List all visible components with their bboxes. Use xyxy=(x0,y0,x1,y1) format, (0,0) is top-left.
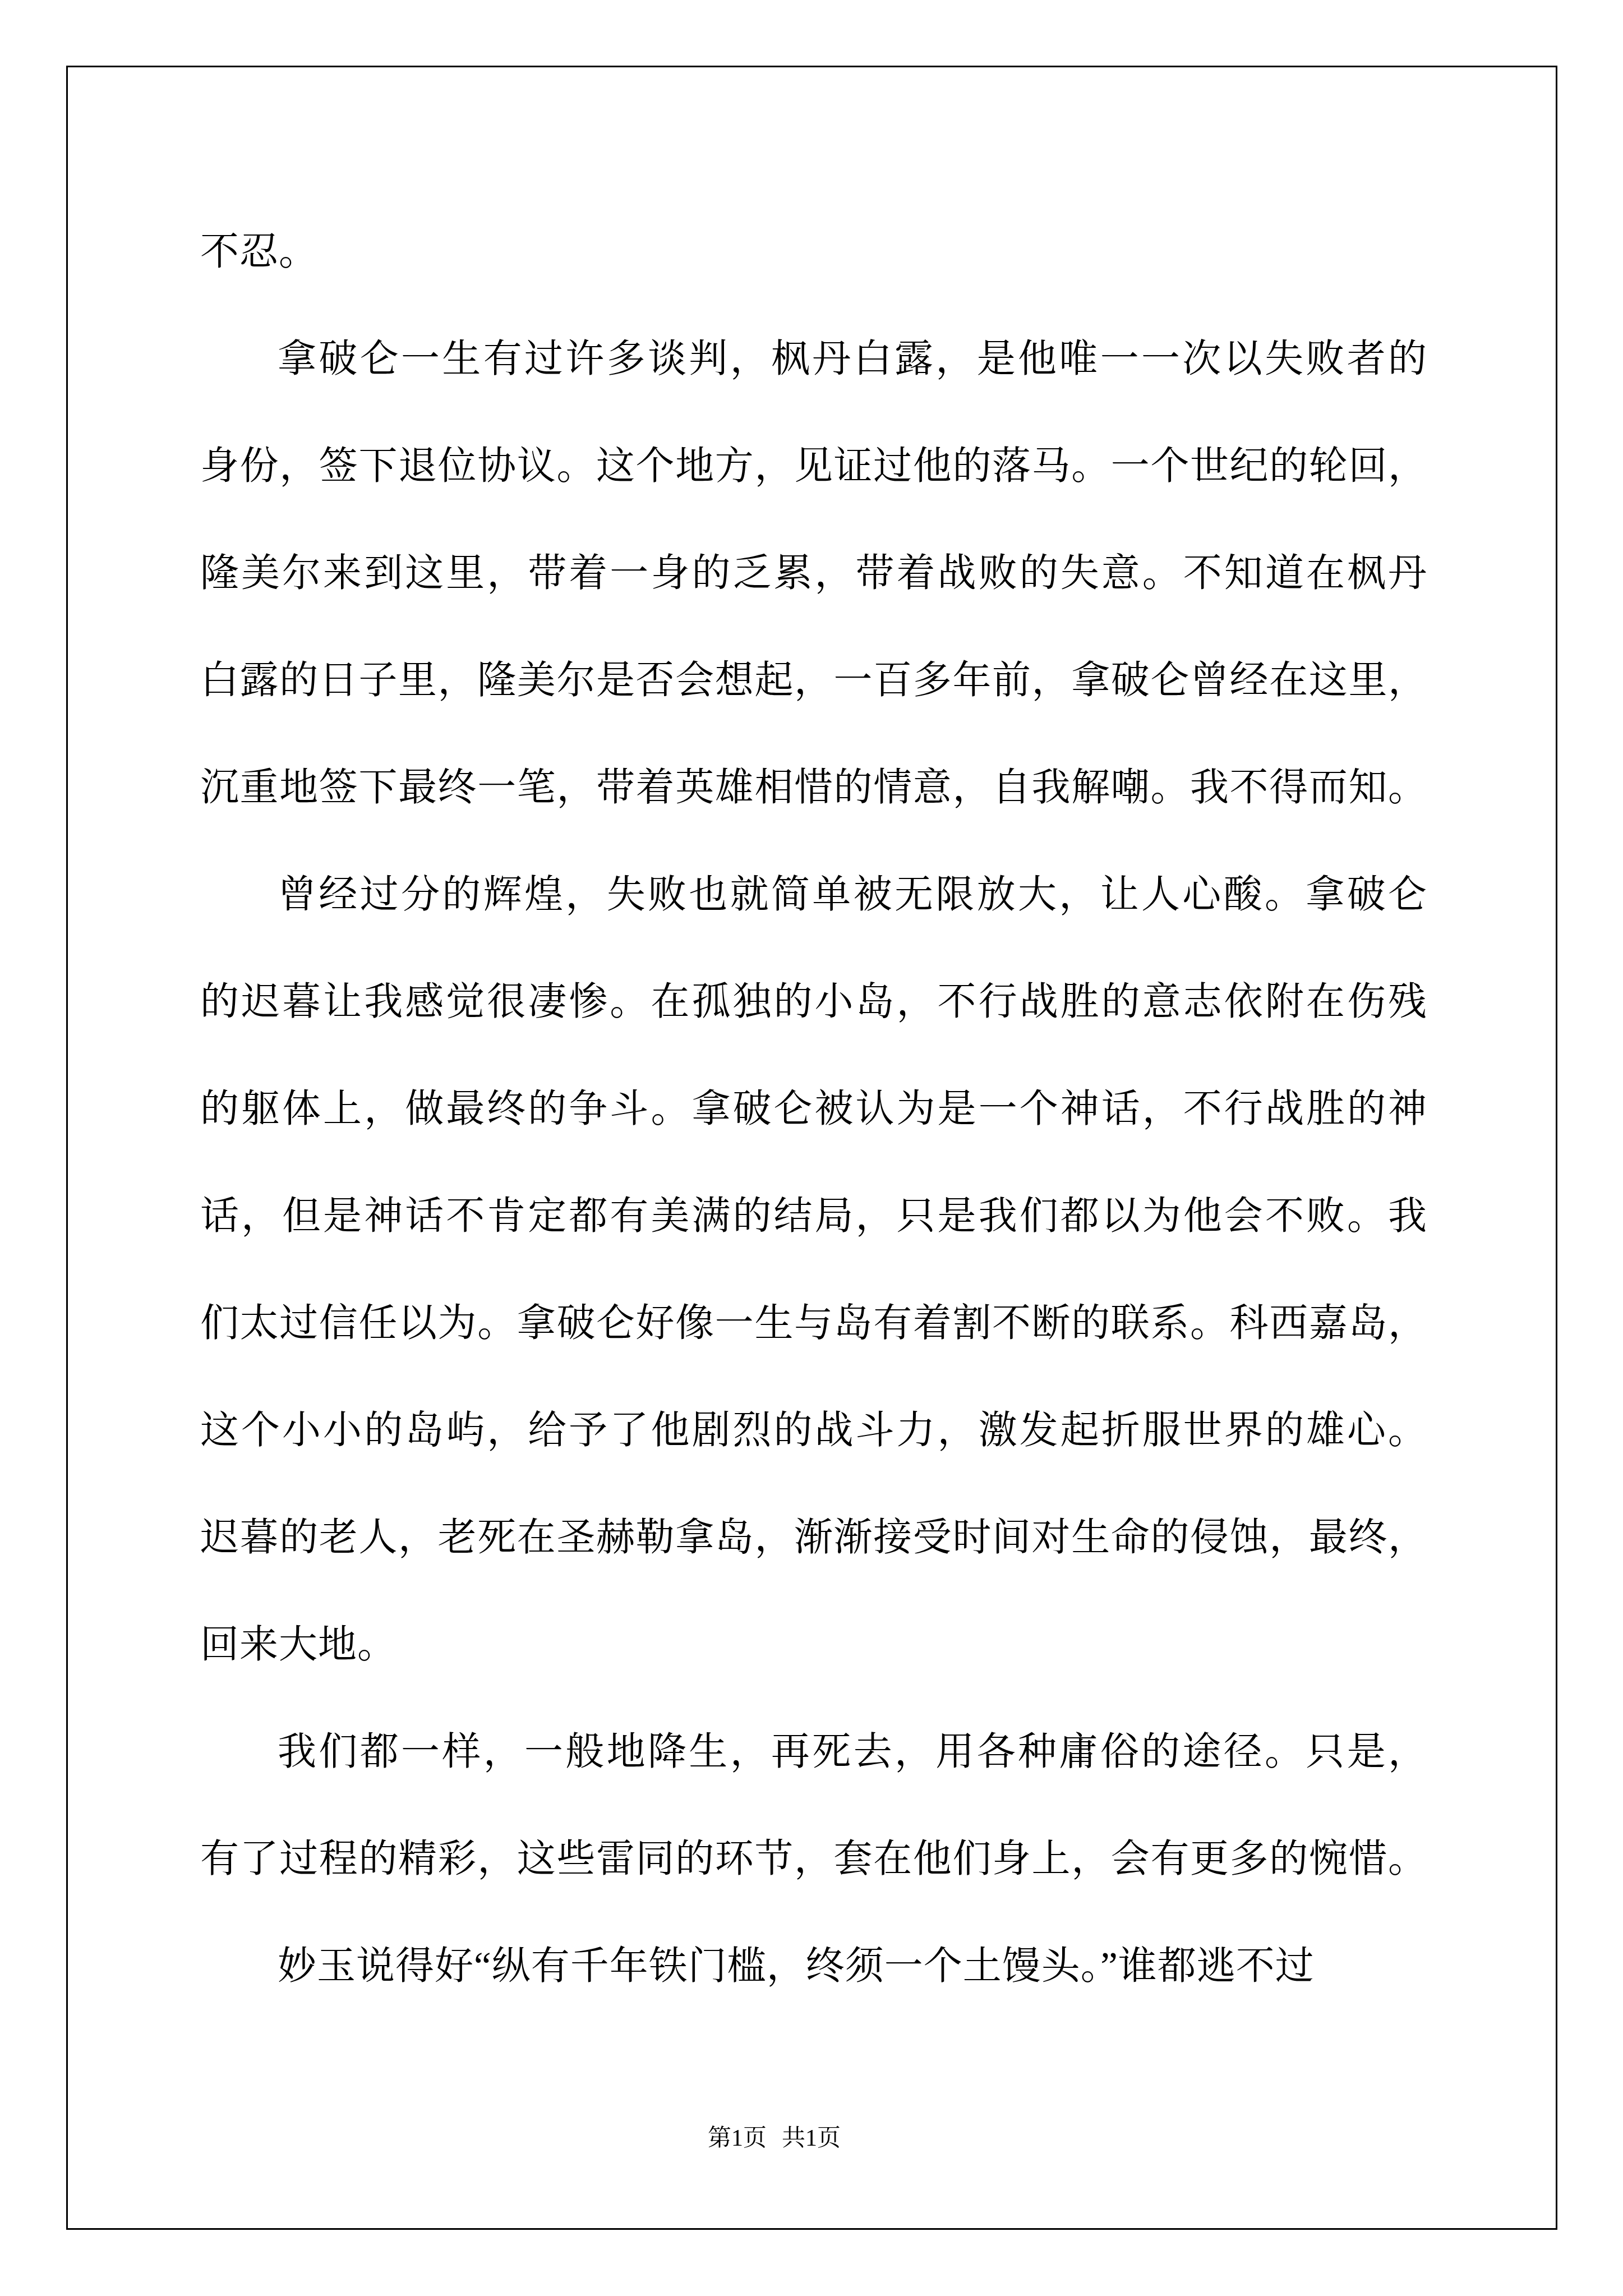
text-line: 有了过程的精彩，这些雷同的环节，套在他们身上，会有更多的惋惜。 xyxy=(200,1806,1427,1913)
text-line: 隆美尔来到这里，带着一身的乏累，带着战败的失意。不知道在枫丹 xyxy=(200,520,1427,627)
footer-total-pages: 共1页 xyxy=(782,2125,841,2151)
text-line: 不忍。 xyxy=(200,199,1427,306)
text-line: 沉重地签下最终一笔，带着英雄相惜的情意，自我解嘲。我不得而知。 xyxy=(200,734,1427,841)
text-line: 白露的日子里，隆美尔是否会想起，一百多年前，拿破仑曾经在这里， xyxy=(200,627,1427,734)
text-line: 的迟暮让我感觉很凄惨。在孤独的小岛，不行战胜的意志依附在伤残 xyxy=(200,949,1427,1056)
document-body: 不忍。 拿破仑一生有过许多谈判，枫丹白露，是他唯一一次以失败者的 身份，签下退位… xyxy=(200,199,1427,2020)
text-line: 这个小小的岛屿，给予了他剧烈的战斗力，激发起折服世界的雄心。 xyxy=(200,1377,1427,1484)
text-line: 曾经过分的辉煌，失败也就简单被无限放大，让人心酸。拿破仑 xyxy=(200,841,1427,949)
text-line: 们太过信任以为。拿破仑好像一生与岛有着割不断的联系。科西嘉岛， xyxy=(200,1270,1427,1377)
text-line: 的躯体上，做最终的争斗。拿破仑被认为是一个神话，不行战胜的神 xyxy=(200,1056,1427,1163)
text-line: 迟暮的老人，老死在圣赫勒拿岛，渐渐接受时间对生命的侵蚀，最终， xyxy=(200,1484,1427,1591)
page-number-footer: 第1页共1页 xyxy=(708,2122,841,2155)
text-line: 拿破仑一生有过许多谈判，枫丹白露，是他唯一一次以失败者的 xyxy=(200,306,1427,413)
scanned-document-page: { "doc": { "lines": [ "不忍。", "拿破仑一生有过许多谈… xyxy=(0,0,1623,2296)
text-line: 话，但是神话不肯定都有美满的结局，只是我们都以为他会不败。我 xyxy=(200,1163,1427,1270)
text-line: 妙玉说得好“纵有千年铁门槛，终须一个土馒头。”谁都逃不过 xyxy=(200,1913,1427,2020)
text-line: 回来大地。 xyxy=(200,1591,1427,1699)
text-line: 我们都一样，一般地降生，再死去，用各种庸俗的途径。只是， xyxy=(200,1699,1427,1806)
text-line: 身份，签下退位协议。这个地方，见证过他的落马。一个世纪的轮回， xyxy=(200,413,1427,520)
footer-page-number: 第1页 xyxy=(708,2125,767,2151)
